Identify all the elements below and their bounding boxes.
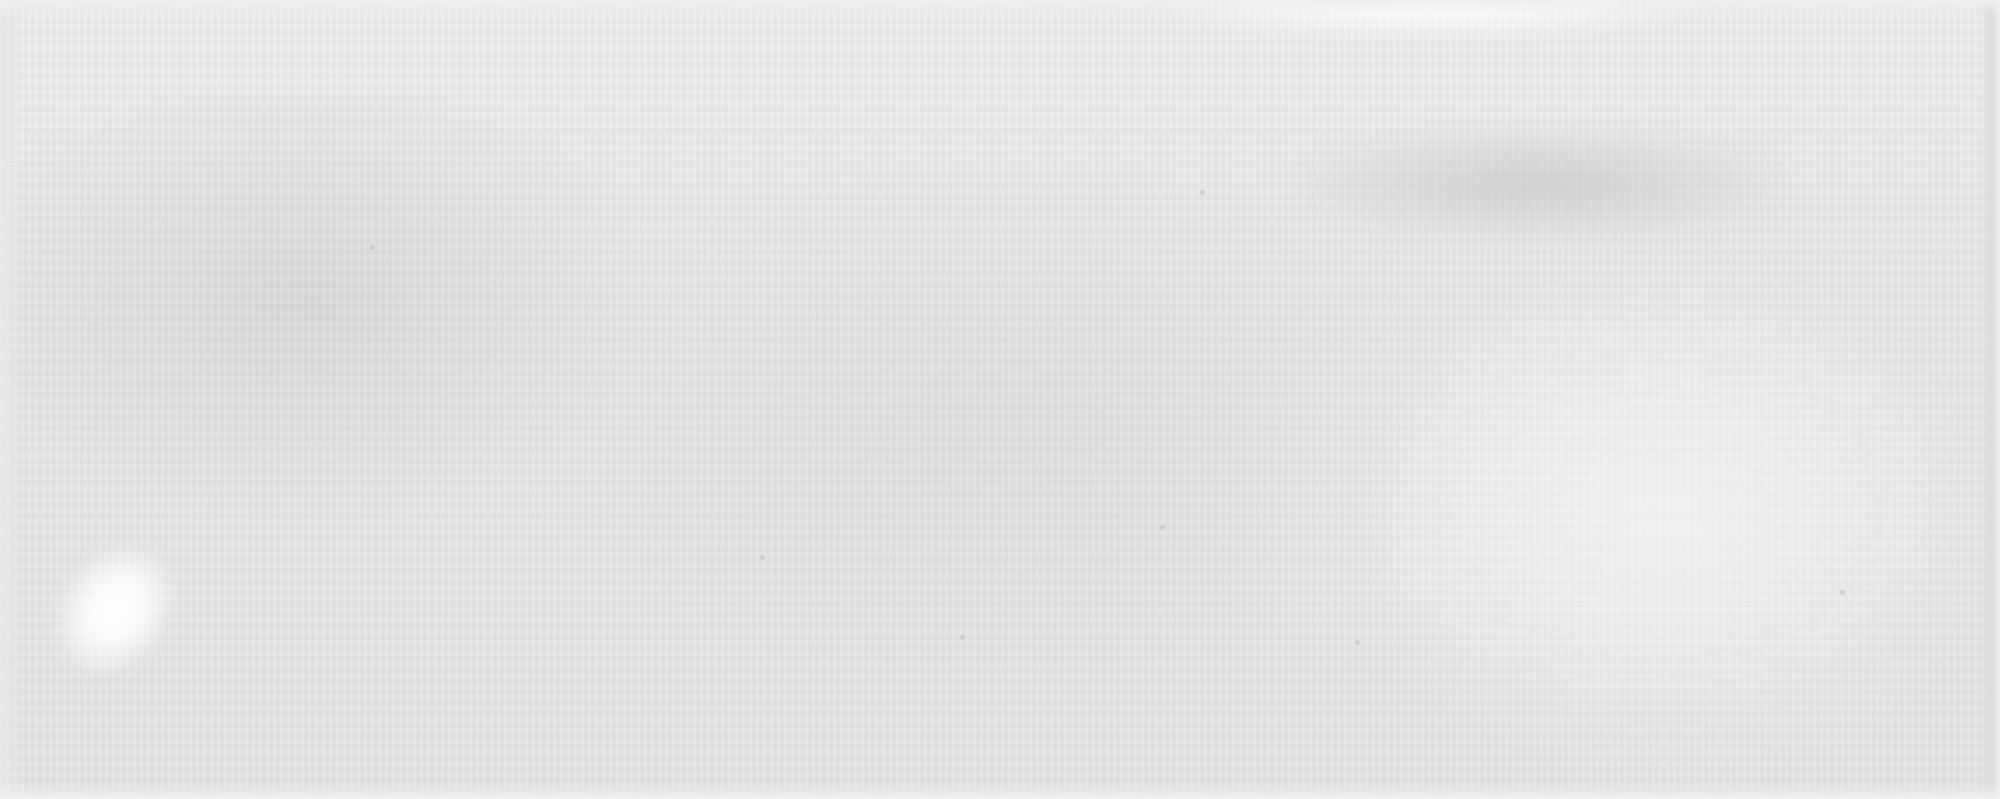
surface-speck (960, 635, 965, 640)
surface-speck (1840, 590, 1845, 595)
surface-speck (370, 245, 375, 250)
surface-speck (1355, 640, 1360, 645)
tile-edge-left (0, 0, 22, 799)
surface-speck (1160, 525, 1165, 530)
dark-smudge (1300, 130, 1780, 240)
surface-speck (1200, 190, 1205, 195)
surface-speck (760, 555, 765, 560)
tile-edge-top (0, 0, 2000, 14)
ceramic-tile-surface (0, 0, 2000, 799)
light-reflection-area (1350, 250, 2000, 799)
tile-edge-right (1980, 0, 2000, 799)
tile-edge-bottom (0, 783, 2000, 799)
